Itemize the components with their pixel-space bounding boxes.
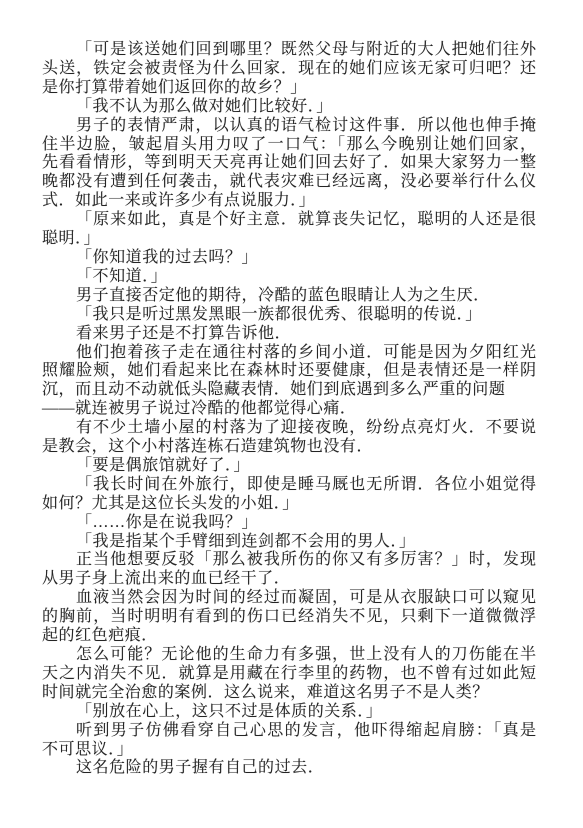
text-line: 的胸前，当时明明有看到的伤口已经消失不见，只剩下一道微微浮 [42,608,536,627]
text-line: 怎么可能？无论他的生命力有多强，世上没有人的刀伤能在半 [42,646,536,665]
text-line: 天之内消失不见．就算是用藏在行李里的药物，也不曾有过如此短 [42,665,536,684]
text-line: 有不少土墙小屋的村落为了迎接夜晚，纷纷点亮灯火．不要说 [42,419,536,438]
text-line: 「你知道我的过去吗？」 [42,249,536,268]
text-line: 「我是指某个手臂细到连剑都不会用的男人．」 [42,533,536,552]
text-line: 男子直接否定他的期待，冷酷的蓝色眼睛让人为之生厌． [42,287,536,306]
text-line: 这名危险的男子握有自己的过去． [42,759,536,778]
text-line: 「不知道．」 [42,268,536,287]
text-line: 是教会，这个小村落连栋石造建筑物也没有． [42,438,536,457]
text-line: 听到男子仿佛看穿自己心思的发言，他吓得缩起肩膀：「真是 [42,722,536,741]
book-page: 「可是该送她们回到哪里？既然父母与附近的大人把她们往外头送，铁定会被责怪为什么回… [0,0,583,828]
text-line: 「……你是在说我吗？」 [42,514,536,533]
text-block: 「可是该送她们回到哪里？既然父母与附近的大人把她们往外头送，铁定会被责怪为什么回… [42,41,536,778]
text-line: 男子的表情严肃，以认真的语气检讨这件事．所以他也伸手掩 [42,117,536,136]
text-line: 「别放在心上，这只不过是体质的关系．」 [42,703,536,722]
text-line: 血液当然会因为时间的经过而凝固，可是从衣服缺口可以窥见 [42,589,536,608]
text-line: 晚都没有遭到任何袭击，就代表灾难已经远离，没必要举行什么仪 [42,173,536,192]
text-line: 式．如此一来或许多少有点说服力．」 [42,192,536,211]
text-line: 是你打算带着她们返回你的故乡？」 [42,79,536,98]
text-line: 他们抱着孩子走在通往村落的乡间小道．可能是因为夕阳红光 [42,344,536,363]
text-line: 照耀脸颊，她们看起来比在森林时还要健康，但是表情还是一样阴 [42,362,536,381]
text-line: 头送，铁定会被责怪为什么回家．现在的她们应该无家可归吧？还 [42,60,536,79]
text-line: 沉，而且动不动就低头隐藏表情．她们到底遇到多么严重的问题 [42,381,536,400]
text-line: 看来男子还是不打算告诉他． [42,325,536,344]
text-line: 「我不认为那么做对她们比较好．」 [42,98,536,117]
text-line: 「我长时间在外旅行，即使是睡马厩也无所谓．各位小姐觉得 [42,476,536,495]
text-line: ——就连被男子说过冷酷的他都觉得心痛． [42,400,536,419]
text-line: 「要是偶旅馆就好了．」 [42,457,536,476]
text-line: 时间就完全治愈的案例．这么说来，难道这名男子不是人类？ [42,684,536,703]
text-line: 住半边脸，皱起眉头用力叹了一口气：「那么今晚别让她们回家， [42,136,536,155]
text-line: 聪明．」 [42,230,536,249]
text-line: 如何？尤其是这位长头发的小姐．」 [42,495,536,514]
text-line: 「原来如此，真是个好主意．就算丧失记忆，聪明的人还是很 [42,211,536,230]
text-line: 从男子身上流出来的血已经干了． [42,570,536,589]
text-line: 起的红色疤痕． [42,627,536,646]
text-line: 「我只是听过黑发黑眼一族都很优秀、很聪明的传说．」 [42,306,536,325]
text-line: 先看看情形，等到明天天亮再让她们回去好了．如果大家努力一整 [42,154,536,173]
text-line: 正当他想要反驳「那么被我所伤的你又有多厉害？」时，发现 [42,551,536,570]
text-line: 「可是该送她们回到哪里？既然父母与附近的大人把她们往外 [42,41,536,60]
text-line: 不可思议．」 [42,741,536,760]
